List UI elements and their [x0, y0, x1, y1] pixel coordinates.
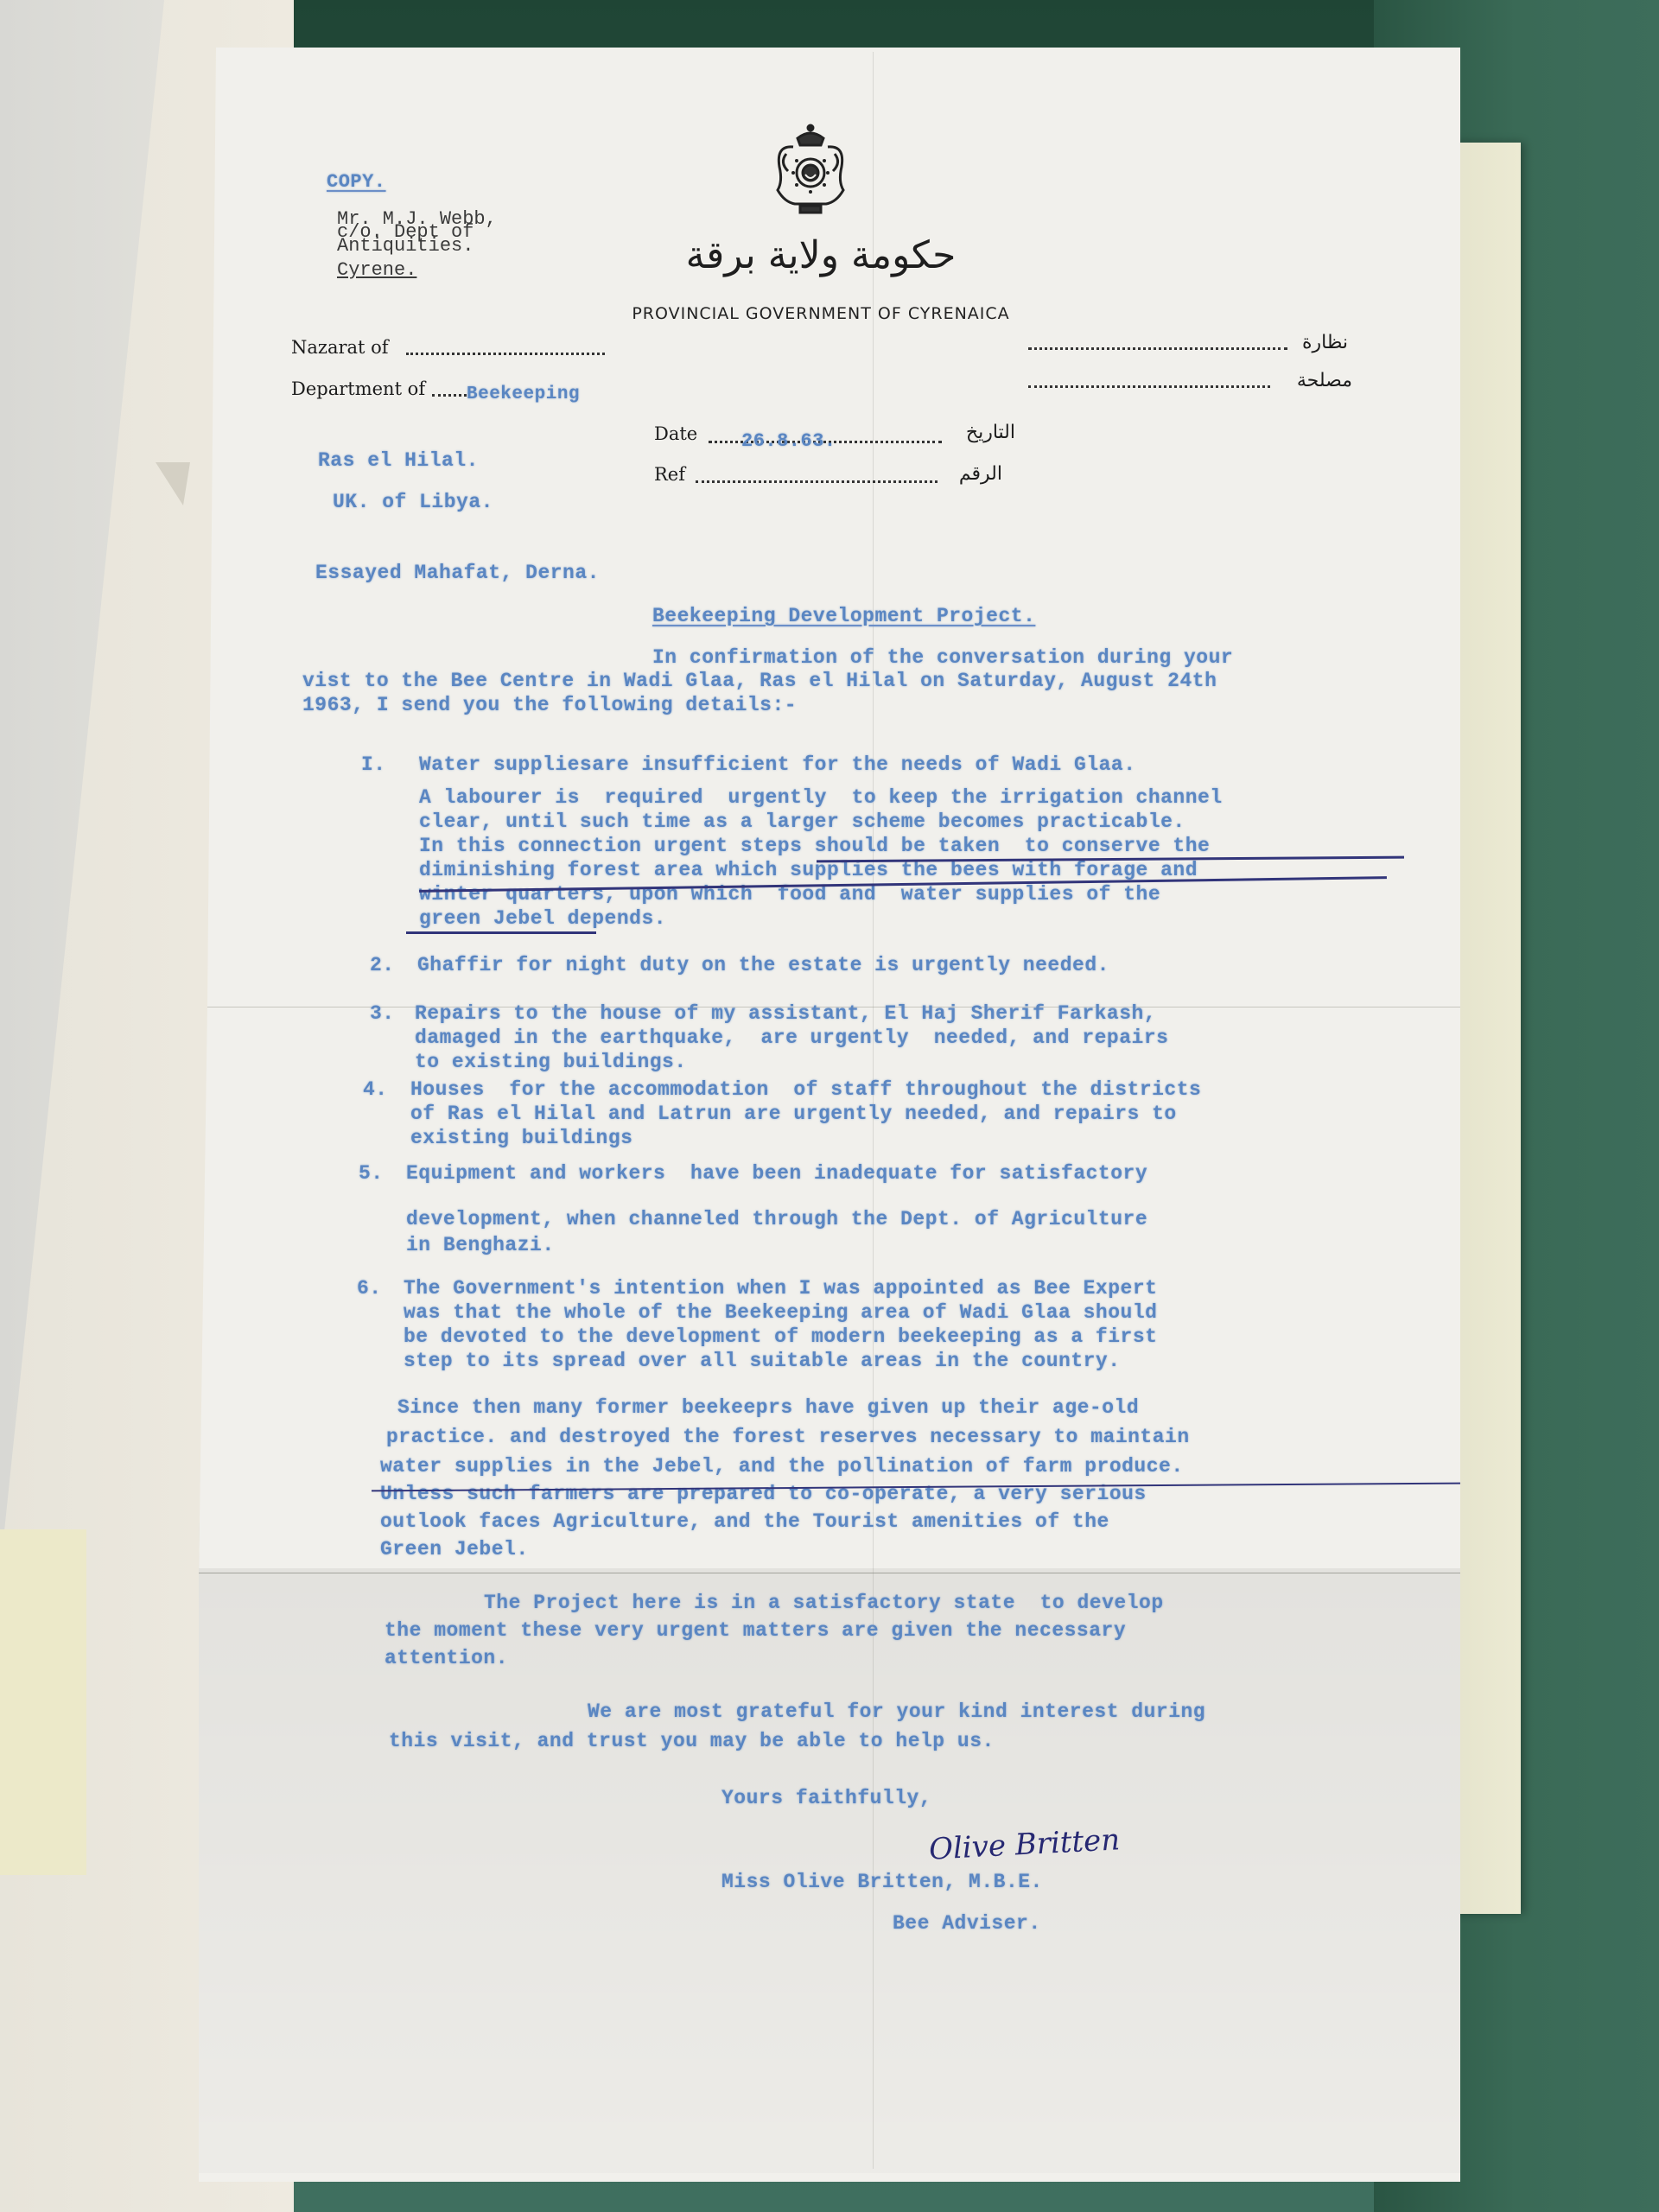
item-1-line: A labourer is required urgently to keep …: [419, 786, 1223, 809]
item-6-line: step to its spread over all suitable are…: [404, 1350, 1121, 1372]
item-4-line: Houses for the accommodation of staff th…: [410, 1078, 1201, 1101]
nazarat-ar-label: نظارة: [1279, 332, 1348, 353]
date-label: Date: [654, 423, 697, 444]
item-4-line: existing buildings: [410, 1127, 632, 1149]
item-3-line: Repairs to the house of my assistant, El…: [415, 1002, 1156, 1025]
cc-line-4: Cyrene.: [337, 261, 416, 280]
closing-1-line: attention.: [385, 1647, 508, 1669]
ref-label: Ref: [654, 464, 685, 485]
item-6-line: The Government's intention when I was ap…: [404, 1277, 1157, 1300]
item-6-line: Since then many former beekeeprs have gi…: [397, 1396, 1139, 1419]
item-4-line: of Ras el Hilal and Latrun are urgently …: [410, 1103, 1177, 1125]
item-1-line: In this connection urgent steps should b…: [419, 835, 1210, 857]
intro-line-2: vist to the Bee Centre in Wadi Glaa, Ras…: [302, 670, 1217, 692]
item-6-line: practice. and destroyed the forest reser…: [386, 1426, 1190, 1448]
pen-underline: [406, 931, 596, 934]
closing-2-line: this visit, and trust you may be able to…: [389, 1730, 995, 1752]
item-6-line: outlook faces Agriculture, and the Touri…: [380, 1510, 1109, 1533]
item-5-line: in Benghazi.: [406, 1234, 555, 1256]
ref-ar-label: الرقم: [933, 463, 1002, 485]
item-5-line: development, when channeled through the …: [406, 1208, 1147, 1230]
department-field: [432, 394, 467, 397]
intro-line-1: In confirmation of the conversation duri…: [652, 646, 1233, 669]
closing-1-line: the moment these very urgent matters are…: [385, 1619, 1126, 1642]
nazarat-ar-field: [1028, 347, 1287, 350]
item-6-line: water supplies in the Jebel, and the pol…: [380, 1455, 1184, 1478]
department-ar-field: [1028, 385, 1270, 388]
department-ar-label: مصلحة: [1274, 370, 1352, 391]
sender-address-line-1: Ras el Hilal.: [318, 449, 479, 472]
subject: Beekeeping Development Project.: [652, 605, 1035, 627]
salutation: Yours faithfully,: [721, 1787, 931, 1809]
intro-line-3: 1963, I send you the following details:-: [302, 694, 797, 716]
ref-field: [696, 480, 938, 483]
cc-line-3: Antiquities.: [337, 237, 474, 256]
item-3-line: to existing buildings.: [415, 1051, 687, 1073]
nazarat-field: [406, 353, 605, 355]
recipient: Essayed Mahafat, Derna.: [315, 562, 600, 584]
nazarat-label: Nazarat of: [291, 337, 389, 358]
item-1-line: green Jebel depends.: [419, 907, 666, 930]
signatory-title: Bee Adviser.: [893, 1912, 1041, 1935]
item-2-line: Ghaffir for night duty on the estate is …: [417, 954, 1109, 976]
government-title: PROVINCIAL GOVERNMENT OF CYRENAICA: [605, 304, 1037, 323]
item-4-number: 4.: [363, 1078, 388, 1101]
date-ar-label: التاريخ: [938, 422, 1015, 443]
fold-crease: [199, 1573, 1460, 1573]
item-6-line: be devoted to the development of modern …: [404, 1325, 1157, 1348]
item-6-number: 6.: [357, 1277, 382, 1300]
item-3-line: damaged in the earthquake, are urgently …: [415, 1027, 1168, 1049]
cream-envelope: [0, 1529, 86, 1875]
closing-2-line: We are most grateful for your kind inter…: [588, 1700, 1205, 1723]
item-6-line: was that the whole of the Beekeeping are…: [404, 1301, 1157, 1324]
date-value: 26.8.63.: [741, 430, 836, 452]
item-3-number: 3.: [370, 1002, 395, 1025]
item-1-number: I.: [361, 753, 386, 776]
item-5-number: 5.: [359, 1162, 384, 1185]
item-6-line: Green Jebel.: [380, 1538, 529, 1560]
copy-mark: COPY.: [327, 171, 386, 193]
department-label: Department of: [291, 378, 425, 399]
department-value: Beekeeping: [467, 385, 580, 404]
item-1-line: diminishing forest area which supplies t…: [419, 859, 1198, 881]
sender-address-line-2: UK. of Libya.: [333, 491, 493, 513]
arabic-government-title: حكومة ولاية برقة: [665, 233, 976, 277]
closing-1-line: The Project here is in a satisfactory st…: [484, 1592, 1164, 1614]
royal-crest-icon: [767, 119, 854, 223]
item-5-line: Equipment and workers have been inadequa…: [406, 1162, 1147, 1185]
item-1-line: Water suppliesare insufficient for the n…: [419, 753, 1136, 776]
item-2-number: 2.: [370, 954, 395, 976]
item-1-line: clear, until such time as a larger schem…: [419, 810, 1185, 833]
signatory-name: Miss Olive Britten, M.B.E.: [721, 1871, 1043, 1893]
